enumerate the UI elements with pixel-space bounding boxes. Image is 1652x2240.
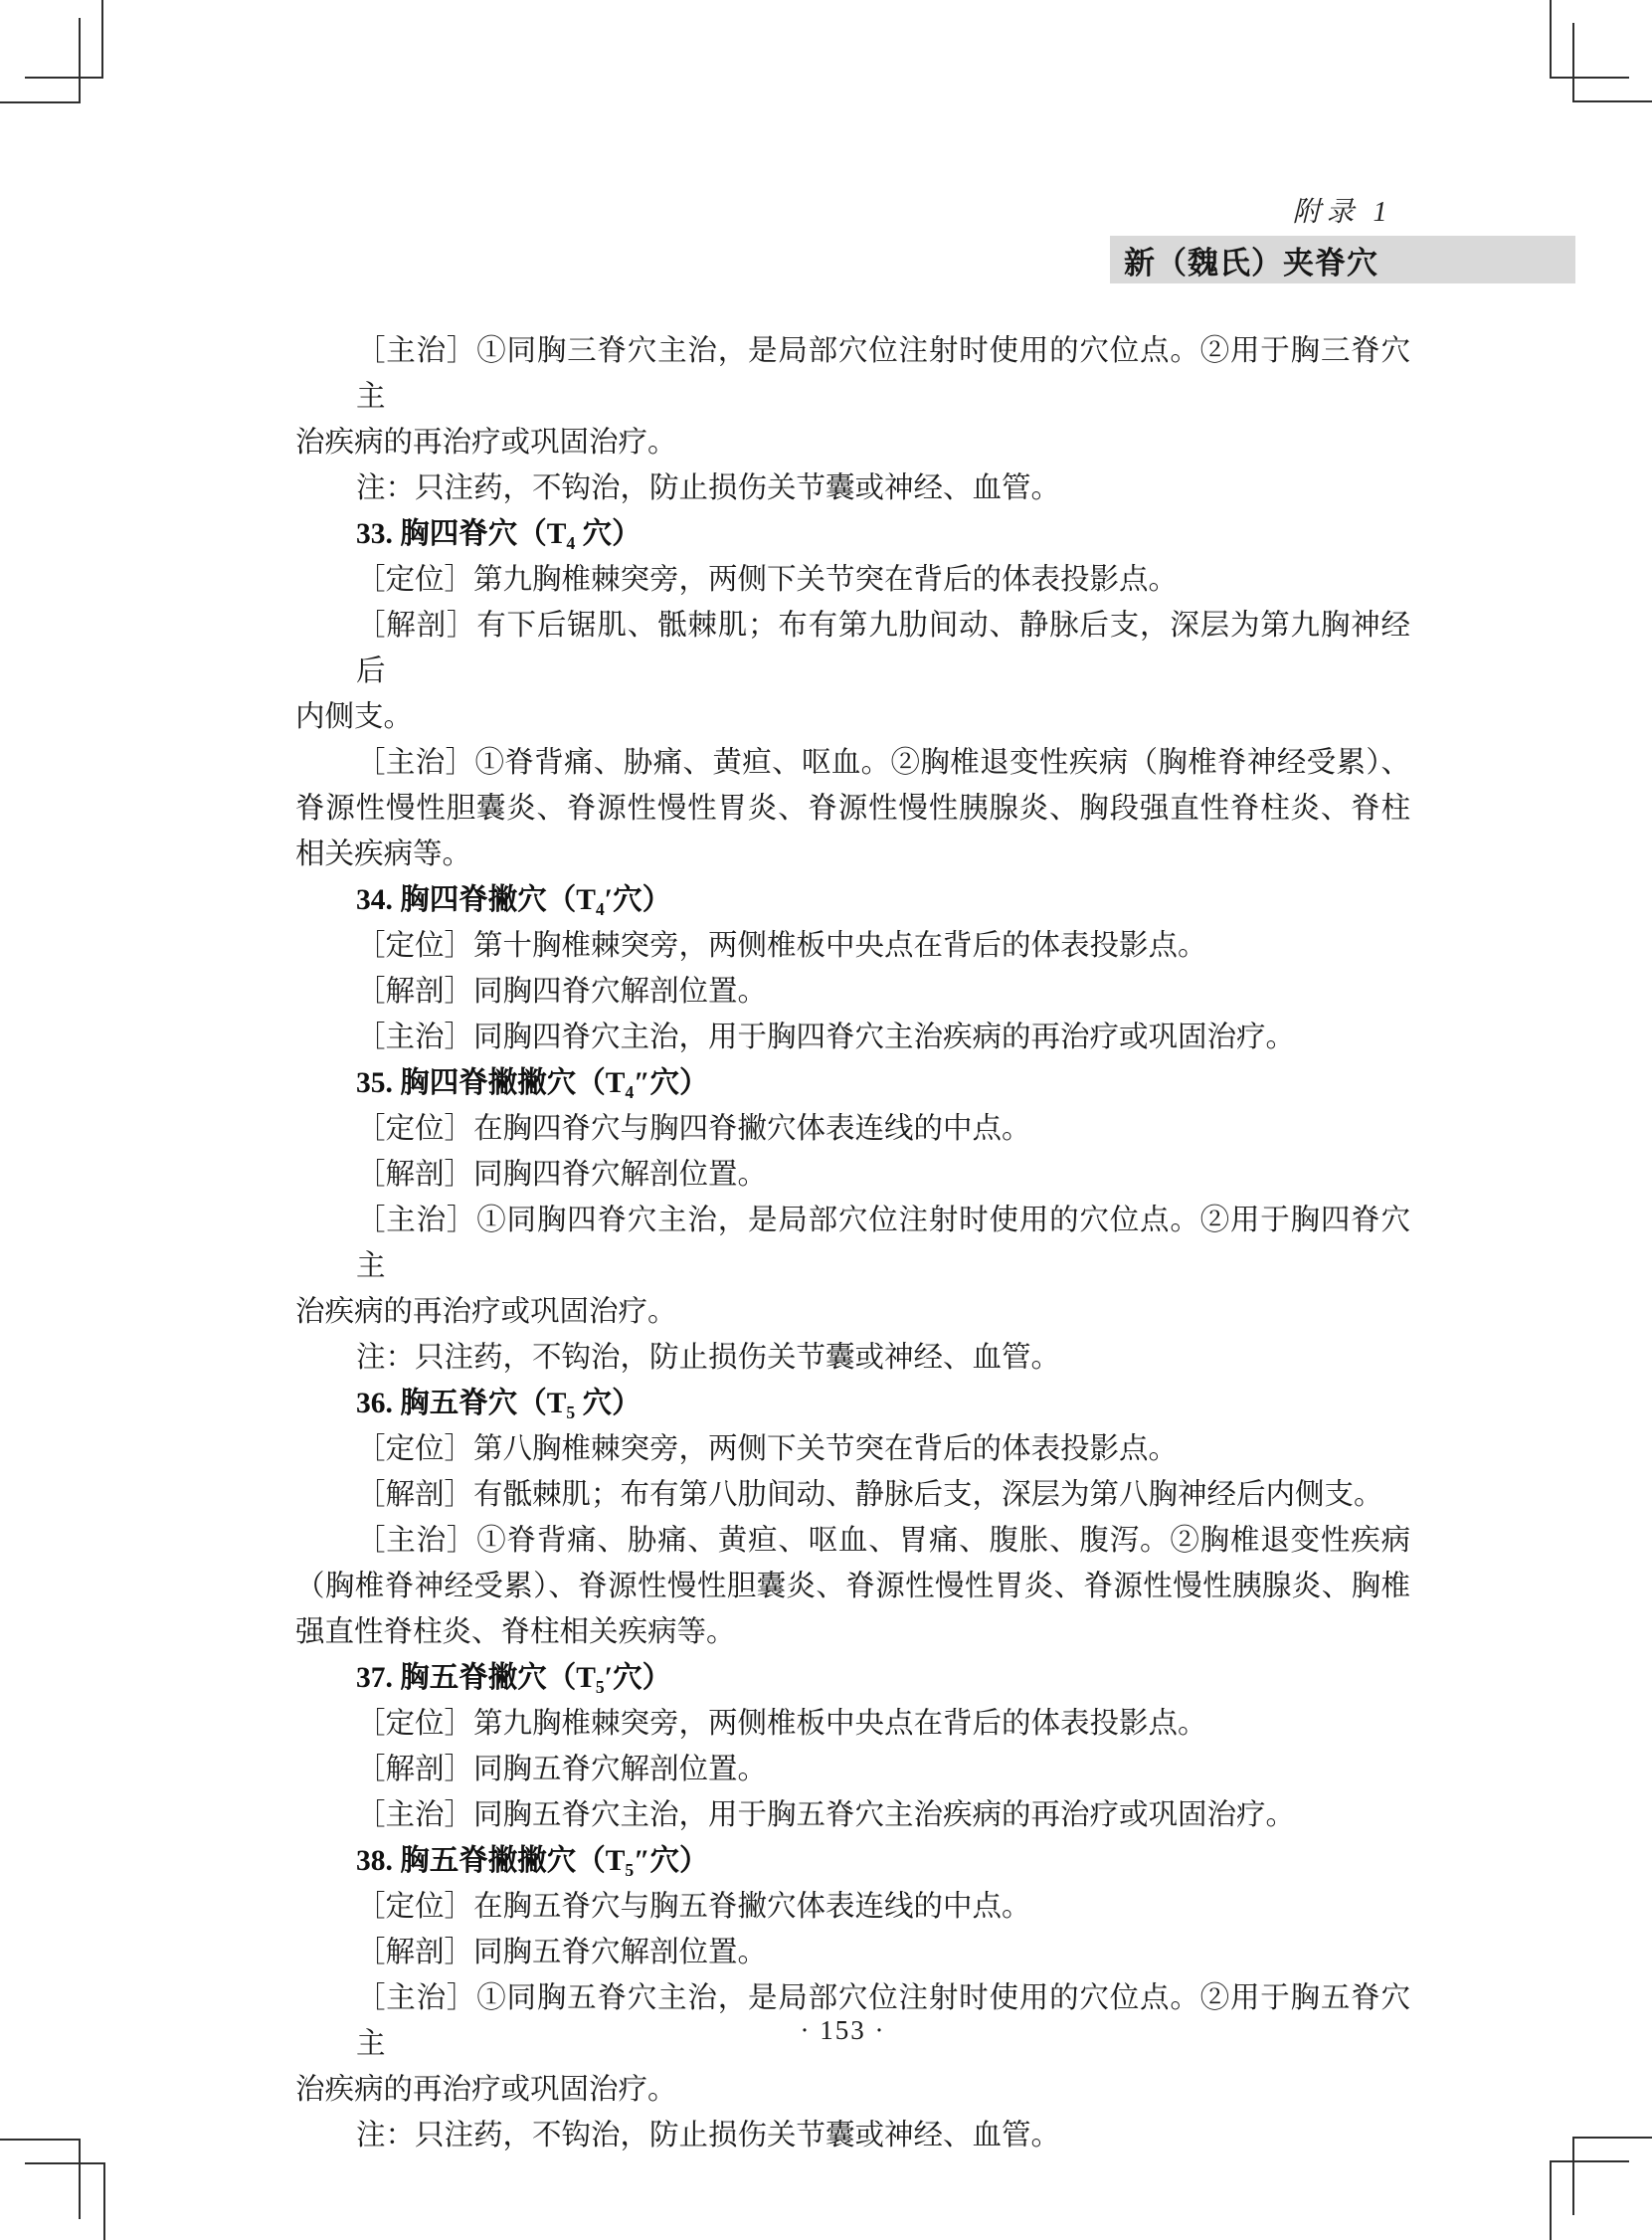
crop-mark-bottom-right-outer — [1573, 2138, 1652, 2215]
text-line: 相关疾病等。 — [295, 832, 1410, 877]
section-heading: 37. 胸五脊撇穴（T₅′穴） — [295, 1655, 1410, 1701]
section-heading: 35. 胸四脊撇撇穴（T₄″穴） — [295, 1060, 1410, 1106]
crop-mark-bottom-right-inner — [1551, 2161, 1629, 2240]
text-line: ［解剖］有骶棘肌；布有第八肋间动、静脉后支，深层为第八胸神经后内侧支。 — [295, 1472, 1410, 1518]
text-line: ［定位］第九胸椎棘突旁，两侧椎板中央点在背后的体表投影点。 — [295, 1701, 1410, 1747]
crop-mark-top-left-outer — [25, 0, 102, 78]
text-line: ［定位］在胸五脊穴与胸五脊撇穴体表连线的中点。 — [295, 1884, 1410, 1930]
chapter-title: 新（魏氏）夹脊穴 — [1110, 238, 1378, 282]
section-heading: 36. 胸五脊穴（T₅ 穴） — [295, 1381, 1410, 1426]
body-text: ［主治］①同胸三脊穴主治，是局部穴位注射时使用的穴位点。②用于胸三脊穴主治疾病的… — [295, 328, 1410, 2158]
crop-mark-bottom-left-inner — [25, 2163, 104, 2240]
text-line: ［解剖］同胸四脊穴解剖位置。 — [295, 969, 1410, 1015]
text-line: 强直性脊柱炎、脊柱相关疾病等。 — [295, 1609, 1410, 1655]
text-line: ［主治］同胸五脊穴主治，用于胸五脊穴主治疾病的再治疗或巩固治疗。 — [295, 1792, 1410, 1838]
text-line: ［解剖］同胸五脊穴解剖位置。 — [295, 1747, 1410, 1792]
text-line: ［定位］在胸四脊穴与胸四脊撇穴体表连线的中点。 — [295, 1106, 1410, 1152]
crop-mark-top-left-inner — [0, 18, 80, 102]
chapter-title-bar: 新（魏氏）夹脊穴 — [1110, 236, 1575, 283]
text-line: 治疾病的再治疗或巩固治疗。 — [295, 2067, 1410, 2113]
text-line: ［主治］①同胸四脊穴主治，是局部穴位注射时使用的穴位点。②用于胸四脊穴主 — [295, 1198, 1410, 1289]
text-line: ［解剖］有下后锯肌、骶棘肌；布有第九肋间动、静脉后支，深层为第九胸神经后 — [295, 603, 1410, 694]
section-heading: 38. 胸五脊撇撇穴（T₅″穴） — [295, 1838, 1410, 1884]
text-line: ［主治］同胸四脊穴主治，用于胸四脊穴主治疾病的再治疗或巩固治疗。 — [295, 1015, 1410, 1060]
text-line: ［定位］第八胸椎棘突旁，两侧下关节突在背后的体表投影点。 — [295, 1426, 1410, 1472]
text-line: ［定位］第九胸椎棘突旁，两侧下关节突在背后的体表投影点。 — [295, 557, 1410, 603]
text-line: 内侧支。 — [295, 694, 1410, 740]
text-line: 治疾病的再治疗或巩固治疗。 — [295, 1289, 1410, 1335]
text-line: 脊源性慢性胆囊炎、脊源性慢性胃炎、脊源性慢性胰腺炎、胸段强直性脊柱炎、脊柱 — [295, 786, 1410, 832]
text-line: 注：只注药，不钩治，防止损伤关节囊或神经、血管。 — [295, 2113, 1410, 2158]
text-line: （胸椎脊神经受累）、脊源性慢性胆囊炎、脊源性慢性胃炎、脊源性慢性胰腺炎、胸椎 — [295, 1564, 1410, 1609]
text-line: ［解剖］同胸四脊穴解剖位置。 — [295, 1152, 1410, 1198]
section-heading: 34. 胸四脊撇穴（T₄′穴） — [295, 877, 1410, 923]
crop-mark-top-right-inner — [1573, 23, 1652, 101]
text-line: ［主治］①同胸三脊穴主治，是局部穴位注射时使用的穴位点。②用于胸三脊穴主 — [295, 328, 1410, 420]
appendix-label: 附录 1 — [1110, 190, 1575, 230]
text-line: ［主治］①脊背痛、胁痛、黄疸、呕血。②胸椎退变性疾病（胸椎脊神经受累）、 — [295, 740, 1410, 786]
text-line: 治疾病的再治疗或巩固治疗。 — [295, 420, 1410, 466]
crop-mark-top-right-outer — [1551, 0, 1629, 78]
text-line: ［定位］第十胸椎棘突旁，两侧椎板中央点在背后的体表投影点。 — [295, 923, 1410, 969]
page-number: · 153 · — [17, 2015, 1652, 2059]
text-line: 注：只注药，不钩治，防止损伤关节囊或神经、血管。 — [295, 1335, 1410, 1381]
crop-mark-bottom-left-outer — [0, 2140, 80, 2219]
text-line: ［解剖］同胸五脊穴解剖位置。 — [295, 1930, 1410, 1975]
text-line: 注：只注药，不钩治，防止损伤关节囊或神经、血管。 — [295, 466, 1410, 511]
book-page: 附录 1 新（魏氏）夹脊穴 ［主治］①同胸三脊穴主治，是局部穴位注射时使用的穴位… — [0, 0, 1652, 2240]
section-heading: 33. 胸四脊穴（T₄ 穴） — [295, 511, 1410, 557]
text-line: ［主治］①脊背痛、胁痛、黄疸、呕血、胃痛、腹胀、腹泻。②胸椎退变性疾病 — [295, 1518, 1410, 1564]
